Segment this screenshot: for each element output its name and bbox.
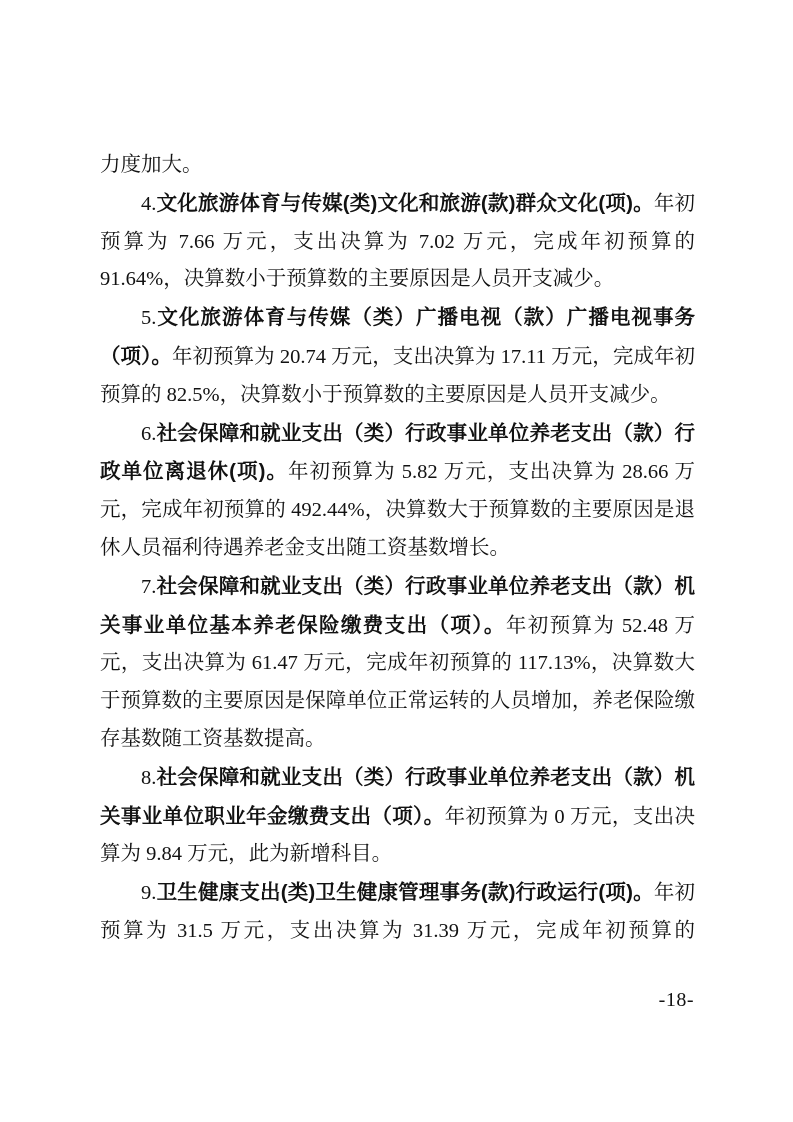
paragraph: 8.社会保障和就业支出（类）行政事业单位养老支出（款）机关事业单位职业年金缴费支… (100, 759, 695, 874)
paragraph: 5.文化旅游体育与传媒（类）广播电视（款）广播电视事务（项）。年初预算为 20.… (100, 299, 695, 414)
page-number: -18- (659, 988, 694, 1012)
paragraph-number: 4. (141, 193, 156, 215)
paragraph: 力度加大。 (100, 146, 695, 185)
paragraph-number: 7. (141, 576, 156, 598)
paragraph-text: 力度加大。 (100, 154, 203, 176)
document-body: 力度加大。 4.文化旅游体育与传媒(类)文化和旅游(款)群众文化(项)。年初预算… (100, 146, 695, 951)
paragraph-number: 5. (141, 307, 156, 329)
paragraph: 9.卫生健康支出(类)卫生健康管理事务(款)行政运行(项)。年初预算为 31.5… (100, 874, 695, 951)
paragraph-text: 年初预算为 20.74 万元，支出决算为 17.11 万元，完成年初预算的 82… (100, 346, 695, 406)
paragraph-number: 6. (141, 423, 156, 445)
paragraph-heading: 文化旅游体育与传媒(类)文化和旅游(款)群众文化(项)。 (156, 192, 653, 215)
paragraph-number: 9. (141, 882, 156, 904)
paragraph: 4.文化旅游体育与传媒(类)文化和旅游(款)群众文化(项)。年初预算为 7.66… (100, 185, 695, 299)
paragraph: 6.社会保障和就业支出（类）行政事业单位养老支出（款）行政单位离退休(项)。年初… (100, 415, 695, 568)
document-page: 力度加大。 4.文化旅游体育与传媒(类)文化和旅游(款)群众文化(项)。年初预算… (0, 0, 793, 1122)
paragraph-number: 8. (141, 767, 156, 789)
paragraph-heading: 卫生健康支出(类)卫生健康管理事务(款)行政运行(项)。 (156, 881, 653, 904)
paragraph: 7.社会保障和就业支出（类）行政事业单位养老支出（款）机关事业单位基本养老保险缴… (100, 568, 695, 759)
